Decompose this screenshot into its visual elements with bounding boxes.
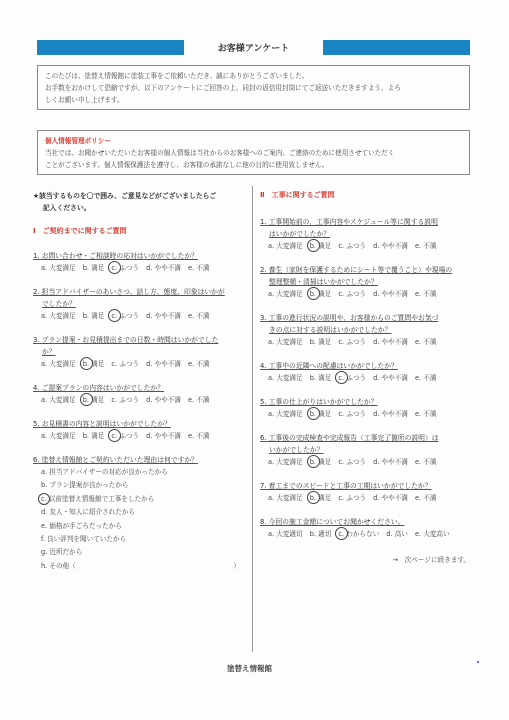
option-b[interactable]: b. 満足 [310, 336, 332, 348]
question-title: 6. 工事後の完成検査や完成報告（工事完了箇所の説明）は いかがでしたか？ [260, 432, 478, 456]
question-title: 8. 今回の施工金額についてお聞かせください。 [260, 516, 478, 528]
left-column: ★該当するものを〇で囲み、ご意見などがございましたらご 記入ください。 Ⅰ ご契… [33, 190, 248, 573]
option-b-selected[interactable]: b. 満足 [310, 408, 332, 420]
reason-item[interactable]: f. 良い評判を聞いていたから [41, 533, 248, 546]
option-a[interactable]: a. 大変適切 [268, 528, 303, 540]
reason-item-other[interactable]: h. その他（） [41, 560, 248, 573]
answer-options: a. 大変満足 b. 満足 c. ふつう d. やや不満 e. 不満 [33, 310, 248, 322]
survey-page: お客様アンケート このたびは、塗替え情報館に塗装工事をご依頼いただき、誠にありが… [0, 0, 509, 720]
option-c[interactable]: c. ふつう [338, 336, 366, 348]
option-d[interactable]: d. やや不満 [373, 336, 408, 348]
question-block: 1. 工事開始前の、工事内容やスケジュール等に関する説明 はいかがでしたか？ a… [260, 216, 478, 252]
other-close-paren: ） [233, 560, 240, 573]
title-bar: お客様アンケート [37, 40, 470, 55]
reason-list: a. 担当アドバイザーの対応が良かったから b. プラン提案が良かったから c.… [33, 466, 248, 573]
question-title-cont: でしたか？ [33, 298, 248, 310]
option-d[interactable]: d. やや不満 [373, 240, 408, 252]
question-title: 4. ご提案プランの内容はいかがでしたか？ [33, 382, 248, 394]
question-title-cont: 整理整頓・清掃はいかがでしたか？ [260, 276, 478, 288]
question-title-cont: か？ [33, 346, 248, 358]
question-block: 4. ご提案プランの内容はいかがでしたか？ a. 大変満足 b. 満足 c. ふ… [33, 382, 248, 406]
reason-item[interactable]: b. プラン提案が良かったから [41, 479, 248, 492]
question-title-cont: きの点に対する説明はいかがでしたか？ [260, 324, 478, 336]
title-band-right [323, 40, 470, 55]
option-d[interactable]: d. やや不満 [373, 408, 408, 420]
option-b-selected[interactable]: b. 満足 [310, 240, 332, 252]
footer-brand: 塗替え情報館 [227, 663, 272, 674]
option-a[interactable]: a. 大変満足 [41, 358, 76, 370]
question-title-line: 2. 担当アドバイザーのあいさつ、話し方、態度、印象はいかが [33, 288, 225, 296]
option-d[interactable]: d. やや不満 [373, 492, 408, 504]
question-title-line: 6. 工事後の完成検査や完成報告（工事完了箇所の説明）は [260, 434, 439, 442]
option-c-selected[interactable]: c. ふつう [111, 310, 139, 322]
option-e[interactable]: e. 不満 [188, 394, 209, 406]
title-band-left [37, 40, 184, 55]
option-c-selected[interactable]: c. ふつう [111, 262, 139, 274]
question-block: 5. お見積書の内容と説明はいかがでしたか？ a. 大変満足 b. 満足 c. … [33, 418, 248, 442]
answer-options: a. 大変満足 b. 満足 c. ふつう d. やや不満 e. 不満 [33, 358, 248, 370]
option-b[interactable]: b. 適切 [310, 528, 332, 540]
question-title: 1. お問い合わせ・ご相談時の応対はいかがでしたか？ [33, 250, 248, 262]
option-c[interactable]: c. ふつう [338, 288, 366, 300]
option-c[interactable]: c. ふつう [111, 358, 139, 370]
instruction: ★該当するものを〇で囲み、ご意見などがございましたらご 記入ください。 [33, 190, 248, 214]
option-a[interactable]: a. 大変満足 [41, 430, 76, 442]
option-e[interactable]: e. 不満 [415, 240, 436, 252]
option-a[interactable]: a. 大変満足 [268, 408, 303, 420]
policy-line: 当社では、お聞かせいただいたお客様の個人情報は当社からのお客様へのご案内、ご連絡… [45, 147, 462, 159]
question-title: 5. お見積書の内容と説明はいかがでしたか？ [33, 418, 248, 430]
section-2-heading: Ⅱ 工事に関するご質問 [260, 190, 478, 200]
option-a[interactable]: a. 大変満足 [268, 492, 303, 504]
question-title: 2. 養生（家財を保護するためにシート等で覆うこと）や現場の 整理整頓・清掃はい… [260, 264, 478, 288]
option-c[interactable]: c. ふつう [338, 408, 366, 420]
question-block: 3. 工事の進行状況の説明や、お客様からのご質問やお気づ きの点に対する説明はい… [260, 312, 478, 348]
question-block: 1. お問い合わせ・ご相談時の応対はいかがでしたか？ a. 大変満足 b. 満足… [33, 250, 248, 274]
option-e[interactable]: e. 不満 [415, 288, 436, 300]
option-e[interactable]: e. 不満 [188, 430, 209, 442]
option-c-selected[interactable]: c. ふつう [338, 372, 366, 384]
option-d[interactable]: d. 高い [386, 528, 408, 540]
question-title: 6. 塗替え情報館とご契約いただいた理由は何ですか？ [33, 454, 248, 466]
column-divider [252, 186, 253, 652]
option-e[interactable]: e. 不満 [188, 310, 209, 322]
question-title-line: 2. 養生（家財を保護するためにシート等で覆うこと）や現場の [260, 266, 452, 274]
privacy-policy-title: 個人情報管理ポリシー [45, 135, 462, 147]
option-e[interactable]: e. 不満 [188, 262, 209, 274]
intro-line: お手数をおかけして恐縮ですが、以下のアンケートにご回答の上、同封の返信用封筒にて… [45, 82, 462, 94]
reason-item-selected[interactable]: c. 以前塗替え情報館で工事をしたから [41, 493, 248, 506]
answer-options: a. 大変満足 b. 満足 c. ふつう d. やや不満 e. 不満 [260, 456, 478, 468]
option-d[interactable]: d. やや不満 [146, 394, 181, 406]
answer-options: a. 大変満足 b. 満足 c. ふつう d. やや不満 e. 不満 [260, 408, 478, 420]
option-a[interactable]: a. 大変満足 [41, 262, 76, 274]
reason-item[interactable]: e. 価格が手ごろだったから [41, 520, 248, 533]
question-title-cont: いかがでしたか？ [260, 444, 478, 456]
option-c[interactable]: c. ふつう [338, 240, 366, 252]
option-c[interactable]: c. ふつう [111, 394, 139, 406]
option-d[interactable]: d. やや不満 [373, 456, 408, 468]
policy-line: ことがございます。個人情報保護法を遵守し、お客様の承諾なしに他の目的に使用致しま… [45, 159, 462, 171]
question-title-line: 3. 工事の進行状況の説明や、お客様からのご質問やお気づ [260, 314, 438, 322]
option-a[interactable]: a. 大変満足 [268, 240, 303, 252]
option-a[interactable]: a. 大変満足 [41, 310, 76, 322]
intro-line: このたびは、塗替え情報館に塗装工事をご依頼いただき、誠にありがとうございました。 [45, 70, 462, 82]
answer-options: a. 大変満足 b. 満足 c. ふつう d. やや不満 e. 不満 [33, 394, 248, 406]
answer-options: a. 大変満足 b. 満足 c. ふつう d. やや不満 e. 不満 [33, 262, 248, 274]
option-e[interactable]: e. 不満 [415, 372, 436, 384]
page-title: お客様アンケート [184, 41, 323, 54]
option-a[interactable]: a. 大変満足 [268, 372, 303, 384]
option-d[interactable]: d. やや不満 [146, 358, 181, 370]
question-title: 1. 工事開始前の、工事内容やスケジュール等に関する説明 はいかがでしたか？ [260, 216, 478, 240]
option-b-selected[interactable]: b. 満足 [83, 358, 105, 370]
option-b-selected[interactable]: b. 満足 [310, 456, 332, 468]
answer-options: a. 大変満足 b. 満足 c. ふつう d. やや不満 e. 不満 [260, 288, 478, 300]
option-a[interactable]: a. 大変満足 [268, 456, 303, 468]
option-d[interactable]: d. やや不満 [373, 372, 408, 384]
question-title: 7. 着工までのスピードと工事の工期はいかがでしたか？ [260, 480, 478, 492]
question-block: 2. 担当アドバイザーのあいさつ、話し方、態度、印象はいかが でしたか？ a. … [33, 286, 248, 322]
option-c-selected[interactable]: c. ふつう [111, 430, 139, 442]
option-c[interactable]: c. ふつう [338, 456, 366, 468]
instruction-line: 記入ください。 [33, 202, 248, 214]
question-title-line: 1. 工事開始前の、工事内容やスケジュール等に関する説明 [260, 218, 438, 226]
answer-options: a. 大変満足 b. 満足 c. ふつう d. やや不満 e. 不満 [260, 336, 478, 348]
option-a[interactable]: a. 大変満足 [41, 394, 76, 406]
question-title: 3. プラン提案・お見積提出までの日数・時間はいかがでした か？ [33, 334, 248, 358]
option-e[interactable]: e. 不満 [188, 358, 209, 370]
question-block: 5. 工事の仕上がりはいかがでしたか？ a. 大変満足 b. 満足 c. ふつう… [260, 396, 478, 420]
option-d[interactable]: d. やや不満 [146, 262, 181, 274]
question-block: 2. 養生（家財を保護するためにシート等で覆うこと）や現場の 整理整頓・清掃はい… [260, 264, 478, 300]
answer-options: a. 大変満足 b. 満足 c. ふつう d. やや不満 e. 不満 [260, 492, 478, 504]
section-1-heading: Ⅰ ご契約までに関するご質問 [33, 226, 248, 236]
option-b[interactable]: b. 満足 [83, 262, 105, 274]
option-b[interactable]: b. 満足 [310, 372, 332, 384]
answer-options: a. 大変適切 b. 適切 c. わからない d. 高い e. 大変高い [260, 528, 478, 540]
question-title-line: 3. プラン提案・お見積提出までの日数・時間はいかがでした [33, 336, 218, 344]
question-block: 7. 着工までのスピードと工事の工期はいかがでしたか？ a. 大変満足 b. 満… [260, 480, 478, 504]
right-column: Ⅱ 工事に関するご質問 1. 工事開始前の、工事内容やスケジュール等に関する説明… [260, 190, 478, 564]
answer-options: a. 大変満足 b. 満足 c. ふつう d. やや不満 e. 不満 [33, 430, 248, 442]
question-title-cont: はいかがでしたか？ [260, 228, 478, 240]
option-b-selected[interactable]: b. 満足 [83, 394, 105, 406]
option-e[interactable]: e. 大変高い [415, 528, 450, 540]
option-c[interactable]: c. ふつう [338, 492, 366, 504]
privacy-policy-box: 個人情報管理ポリシー 当社では、お聞かせいただいたお客様の個人情報は当社からのお… [37, 130, 470, 175]
question-block: 6. 工事後の完成検査や完成報告（工事完了箇所の説明）は いかがでしたか？ a.… [260, 432, 478, 468]
question-block: 4. 工事中の近隣への配慮はいかがでしたか？ a. 大変満足 b. 満足 c. … [260, 360, 478, 384]
option-b[interactable]: b. 満足 [83, 430, 105, 442]
question-block: 6. 塗替え情報館とご契約いただいた理由は何ですか？ a. 担当アドバイザーの対… [33, 454, 248, 573]
reason-item[interactable]: d. 友人・知人に紹介されたから [41, 506, 248, 519]
option-a[interactable]: a. 大変満足 [268, 336, 303, 348]
question-title: 5. 工事の仕上がりはいかがでしたか？ [260, 396, 478, 408]
question-block: 3. プラン提案・お見積提出までの日数・時間はいかがでした か？ a. 大変満足… [33, 334, 248, 370]
intro-box: このたびは、塗替え情報館に塗装工事をご依頼いただき、誠にありがとうございました。… [37, 65, 470, 110]
question-title: 4. 工事中の近隣への配慮はいかがでしたか？ [260, 360, 478, 372]
option-d[interactable]: d. やや不満 [146, 430, 181, 442]
option-b[interactable]: b. 満足 [83, 310, 105, 322]
answer-options: a. 大変満足 b. 満足 c. ふつう d. やや不満 e. 不満 [260, 372, 478, 384]
answer-options: a. 大変満足 b. 満足 c. ふつう d. やや不満 e. 不満 [260, 240, 478, 252]
question-block: 8. 今回の施工金額についてお聞かせください。 a. 大変適切 b. 適切 c.… [260, 516, 478, 540]
option-d[interactable]: d. やや不満 [146, 310, 181, 322]
option-e[interactable]: e. 不満 [415, 456, 436, 468]
option-b-selected[interactable]: b. 満足 [310, 288, 332, 300]
instruction-line: ★該当するものを〇で囲み、ご意見などがございましたらご [33, 192, 216, 200]
question-title: 3. 工事の進行状況の説明や、お客様からのご質問やお気づ きの点に対する説明はい… [260, 312, 478, 336]
scan-dot [477, 661, 479, 663]
reason-item[interactable]: a. 担当アドバイザーの対応が良かったから [41, 466, 248, 479]
next-page-note: → 次ページに続きます。 [260, 554, 478, 564]
option-e[interactable]: e. 不満 [415, 408, 436, 420]
option-e[interactable]: e. 不満 [415, 492, 436, 504]
option-c-selected[interactable]: c. わからない [338, 528, 379, 540]
question-title: 2. 担当アドバイザーのあいさつ、話し方、態度、印象はいかが でしたか？ [33, 286, 248, 310]
intro-line: しくお願い申し上げます。 [45, 94, 462, 106]
option-d[interactable]: d. やや不満 [373, 288, 408, 300]
option-b-selected[interactable]: b. 満足 [310, 492, 332, 504]
option-a[interactable]: a. 大変満足 [268, 288, 303, 300]
reason-item[interactable]: g. 近所だから [41, 546, 248, 559]
option-e[interactable]: e. 不満 [415, 336, 436, 348]
